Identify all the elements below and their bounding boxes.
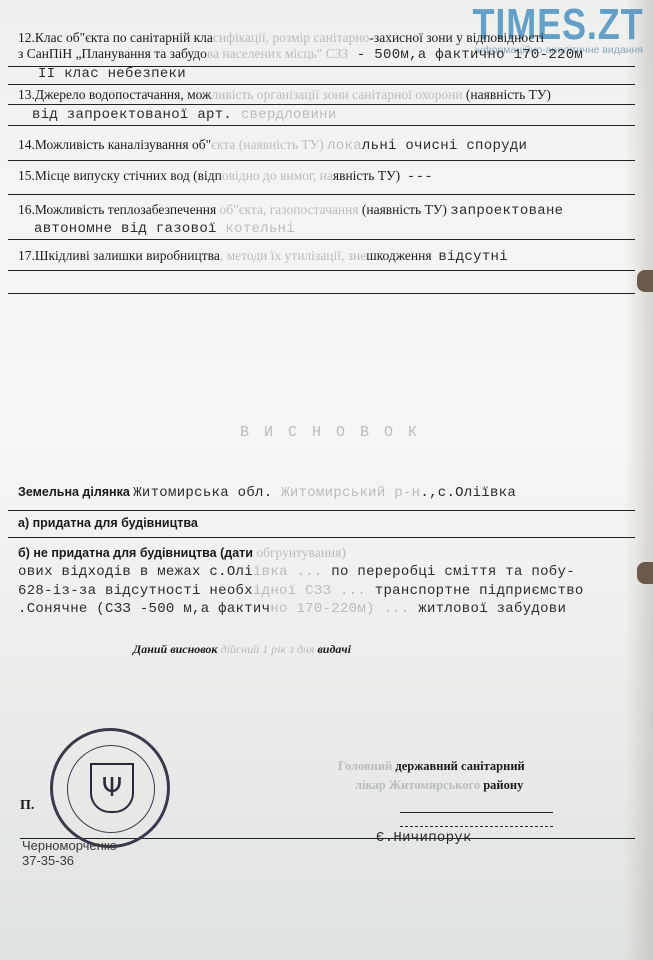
page-edge-shadow (625, 0, 653, 960)
footer-prefix: П. (20, 798, 34, 814)
rule (8, 239, 635, 240)
item-12-label-line1: 12.Клас об"єкта по санітарній класифікац… (18, 30, 544, 46)
option-b-line3: .Сонячне (СЗЗ -500 м,а фактично 170-220м… (18, 601, 566, 617)
rule (8, 104, 635, 105)
rule (8, 125, 635, 126)
rule (8, 293, 635, 294)
rule (8, 160, 635, 161)
item-12-value: II клас небезпеки (38, 66, 186, 82)
option-b-label: б) не придатна для будівництва (дати обг… (18, 545, 346, 561)
option-b-line2: 628-із-за відсутності необхідної СЗЗ ...… (18, 583, 584, 599)
executor-name: Черноморченко (22, 838, 117, 854)
signer-title-line1: Головний державний санітарний (338, 758, 525, 774)
rule (8, 84, 635, 85)
item-12-label-line2: з СанПіН „Планування та забудова населен… (18, 46, 583, 63)
binder-clip (637, 270, 653, 292)
item-14-label: 14.Можливість каналізування об"єкта (ная… (18, 137, 527, 154)
executor-phone: 37-35-36 (22, 853, 74, 869)
signature-line (400, 826, 553, 827)
item-17-label: 17.Шкідливі залишки виробництва, методи … (18, 248, 508, 265)
rule (8, 537, 635, 538)
land-plot: Земельна ділянка Житомирська обл. Житоми… (18, 484, 516, 501)
rule (8, 194, 635, 195)
official-stamp: Ψ (50, 728, 170, 848)
option-b-line1: ових відходів в межах с.Оліївка ... по п… (18, 564, 575, 580)
validity-note: Даний висновок дійсний 1 рік з дня видач… (133, 641, 351, 657)
rule (8, 510, 635, 511)
item-15-label: 15.Місце випуску стічних вод (відповідно… (18, 168, 433, 185)
item-13-value: від запроектованої арт. свердловини (32, 107, 337, 123)
rule (8, 270, 635, 271)
conclusion-heading: В И С Н О В О К (240, 425, 420, 441)
item-16-value: автономне від газової котельні (34, 221, 295, 237)
signature-line (400, 812, 553, 813)
binder-clip (637, 562, 653, 584)
trident-emblem-icon: Ψ (90, 763, 134, 813)
item-16-label: 16.Можливість теплозабезпечення об"єкта,… (18, 202, 563, 219)
item-13-label: 13.Джерело водопостачання, можливість ор… (18, 87, 551, 103)
signer-title-line2: лікар Житомирського району (355, 777, 523, 793)
option-a-label: а) придатна для будівництва (18, 515, 198, 531)
